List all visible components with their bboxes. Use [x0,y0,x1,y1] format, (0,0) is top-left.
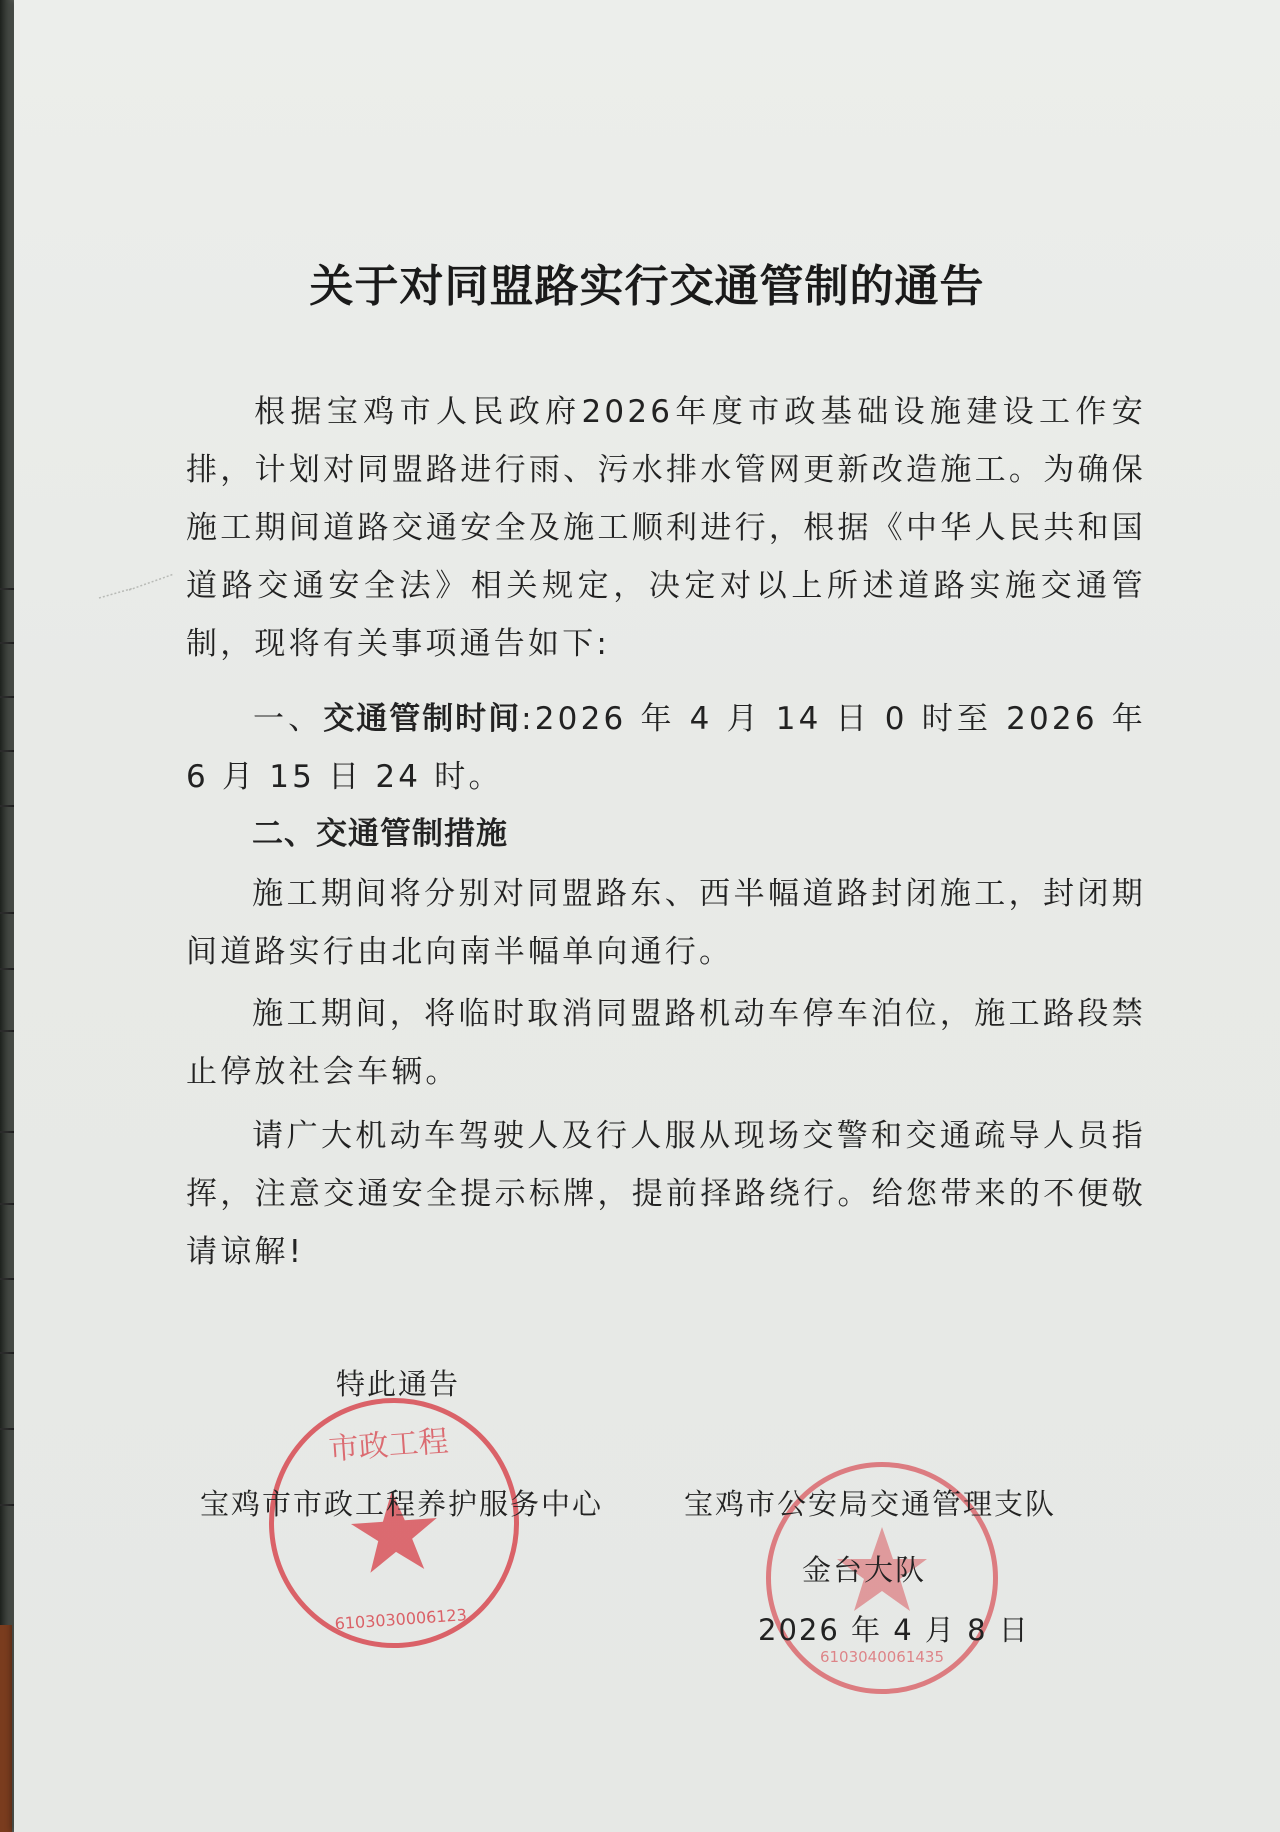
closing-text: 请广大机动车驾驶人及行人服从现场交警和交通疏导人员指挥，注意交通安全提示标牌，提… [186,1118,1146,1270]
section1-heading: 交通管制时间 [323,701,521,737]
section2-heading-line: 二、交通管制措施 [186,805,1146,863]
measure2-text: 施工期间，将临时取消同盟路机动车停车泊位，施工路段禁止停放社会车辆。 [186,996,1146,1090]
issue-date: 2026 年 4 月 8 日 [758,1608,1030,1649]
issuer-traffic-unit: 金台大队 [802,1548,926,1589]
section2-heading: 二、交通管制措施 [252,816,508,852]
closing-paragraph: 请广大机动车驾驶人及行人服从现场交警和交通疏导人员指挥，注意交通安全提示标牌，提… [186,1107,1146,1281]
svg-text:市政工程: 市政工程 [328,1424,450,1467]
measure1-paragraph: 施工期间将分别对同盟路东、西半幅道路封闭施工，封闭期间道路实行由北向南半幅单向通… [186,865,1146,981]
pencil-mark [94,570,184,600]
official-seal-municipal: 6103030006123 市政工程 [261,1390,528,1657]
intro-paragraph: 根据宝鸡市人民政府2026年度市政基础设施建设工作安排，计划对同盟路进行雨、污水… [186,383,1146,673]
section1-paragraph: 一、交通管制时间:2026 年 4 月 14 日 0 时至 2026 年 6 月… [186,690,1146,806]
issuer-traffic-police: 宝鸡市公安局交通管理支队 [684,1482,1056,1523]
measure2-paragraph: 施工期间，将临时取消同盟路机动车停车泊位，施工路段禁止停放社会车辆。 [186,985,1146,1101]
seal-serial: 6103040061435 [820,1648,944,1666]
intro-text: 根据宝鸡市人民政府2026年度市政基础设施建设工作安排，计划对同盟路进行雨、污水… [186,394,1146,662]
document-title: 关于对同盟路实行交通管制的通告 [14,250,1280,314]
measure1-text: 施工期间将分别对同盟路东、西半幅道路封闭施工，封闭期间道路实行由北向南半幅单向通… [186,876,1146,970]
notice-paper: 关于对同盟路实行交通管制的通告 根据宝鸡市人民政府2026年度市政基础设施建设工… [14,0,1280,1832]
signoff-text: 特此通告 [336,1362,460,1403]
brown-surface [0,1625,12,1832]
seal-serial: 6103030006123 [334,1605,467,1633]
issuer-municipal-center: 宝鸡市市政工程养护服务中心 [200,1482,603,1523]
section1-prefix: 一、 [252,701,323,737]
